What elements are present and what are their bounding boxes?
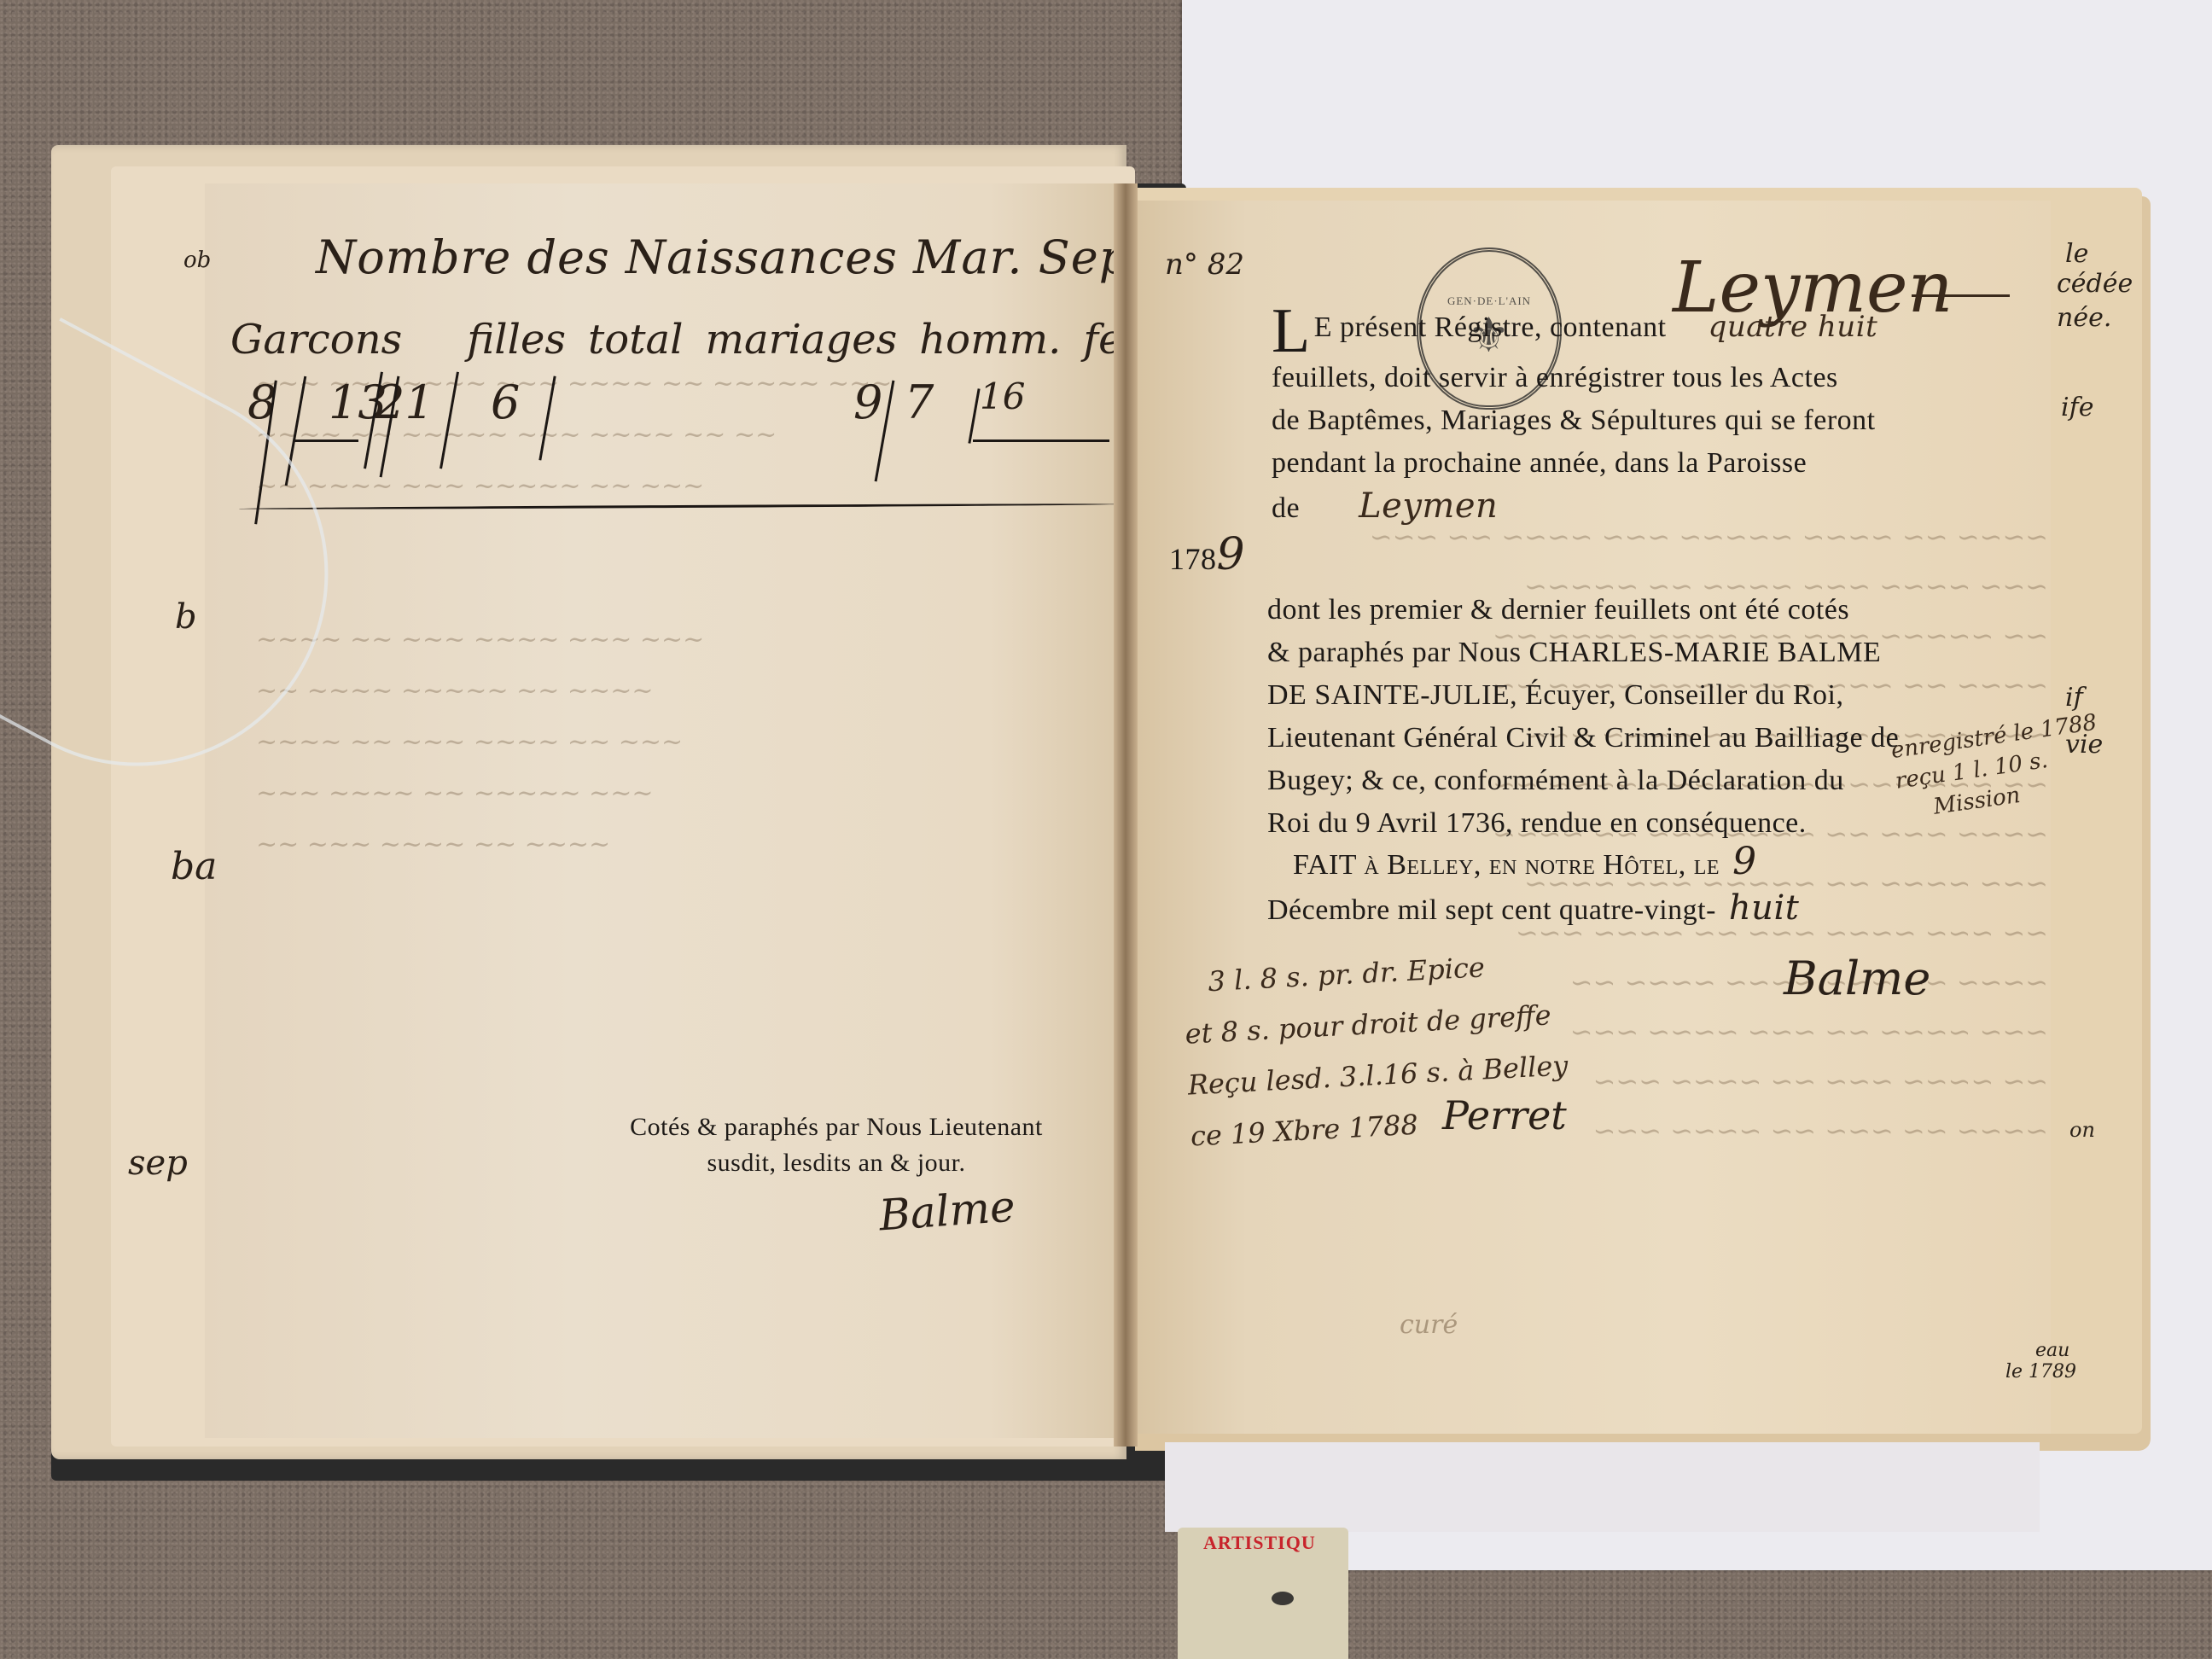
paper-strip — [1165, 1442, 2040, 1532]
header-total: total — [588, 316, 683, 364]
line: Roi du 9 Avril 1736, rendue en conséquen… — [1267, 802, 1933, 845]
bleed-through-text: ~~~ ~~ ~~~~~ ~~~ ~~~~ ~~ ~~~~~ ~~~~~~~ ~… — [256, 358, 1067, 870]
header-garcons: Garcons — [230, 316, 402, 364]
register-paragraph-2: dont les premier & dernier feuillets ont… — [1267, 589, 1933, 845]
book-gutter — [1114, 183, 1138, 1447]
signature-balme-right: Balme — [1784, 952, 1930, 1005]
handwritten-day: 9 — [1732, 840, 1757, 883]
edge-fragment: cédée — [2057, 269, 2133, 299]
edge-fragment: if — [2065, 683, 2083, 713]
handwritten-leaf-count: quatre huit — [1708, 310, 1878, 344]
fait-block: FAIT à Belley, en notre Hôtel, le 9 Déce… — [1267, 841, 1933, 932]
header-filles: filles — [467, 316, 566, 364]
year-block: 1789 — [1169, 533, 1245, 580]
line: E présent Régistre, contenant — [1314, 311, 1667, 343]
value-sepultures-total: 16 — [980, 375, 1025, 417]
line: pendant la prochaine année, dans la Paro… — [1272, 442, 1920, 485]
line: Lieutenant Général Civil & Criminel au B… — [1267, 717, 1933, 760]
line: FAIT à Belley, en notre Hôtel, le — [1293, 849, 1720, 881]
year-printed: 178 — [1169, 542, 1217, 576]
edge-fragment: née. — [2057, 303, 2111, 333]
margin-mark: ba — [171, 845, 217, 888]
table-underline — [294, 439, 358, 442]
margin-mark: ob — [183, 247, 211, 273]
edge-fragment: vie — [2065, 730, 2103, 760]
line: Décembre mil sept cent quatre-vingt- — [1267, 894, 1716, 926]
faded-signature: curé — [1400, 1310, 1458, 1340]
line: & paraphés par Nous CHARLES-MARIE BALME — [1267, 632, 1933, 674]
clip-hole — [1272, 1592, 1294, 1605]
value-hommes: 9 — [853, 375, 882, 429]
edge-fragment: eau — [2035, 1340, 2069, 1361]
title-flourish — [1912, 294, 2010, 297]
signature-clerk: Perret — [1442, 1092, 1567, 1138]
register-paragraph-1: L E présent Régistre, contenant quatre h… — [1272, 306, 1920, 530]
certification-line-2: susdit, lesdits an & jour. — [597, 1145, 1075, 1181]
value-mariages: 6 — [491, 375, 520, 429]
certification-block: Cotés & paraphés par Nous Lieutenant sus… — [597, 1109, 1075, 1181]
line: feuillets, doit servir à enrégistrer tou… — [1272, 357, 1920, 399]
margin-mark: sep — [128, 1144, 188, 1183]
line: de — [1272, 492, 1300, 524]
edge-fragment: le 1789 — [2005, 1361, 2076, 1382]
table-header-row: Garcons filles total mariages homm. femm… — [230, 316, 1109, 364]
header-hommes: homm. — [919, 316, 1061, 364]
edge-fragment: ife — [2061, 393, 2093, 422]
clip-label: ARTISTIQU — [1203, 1532, 1316, 1554]
line: DE SAINTE-JULIE, Écuyer, Conseiller du R… — [1267, 674, 1933, 717]
table-underline — [973, 439, 1109, 442]
edge-fragment: le — [2065, 239, 2088, 269]
year-handwritten: 9 — [1217, 529, 1246, 580]
header-mariages: mariages — [705, 316, 897, 364]
handwritten-parish-name: Leymen — [1359, 486, 1498, 526]
line: de Baptêmes, Mariages & Sépultures qui s… — [1272, 399, 1920, 442]
edge-fragment: on — [2069, 1118, 2095, 1142]
handwritten-year-word: huit — [1729, 888, 1799, 928]
value-femmes: 7 — [905, 375, 934, 429]
signature-balme-left: Balme — [877, 1182, 1016, 1241]
line: Bugey; & ce, conformément à la Déclarati… — [1267, 760, 1933, 802]
line: dont les premier & dernier feuillets ont… — [1267, 589, 1933, 632]
drop-cap: L — [1272, 306, 1311, 357]
folio-mark: n° 82 — [1165, 247, 1244, 282]
value-total: 21 — [375, 375, 434, 429]
certification-line-1: Cotés & paraphés par Nous Lieutenant — [597, 1109, 1075, 1145]
